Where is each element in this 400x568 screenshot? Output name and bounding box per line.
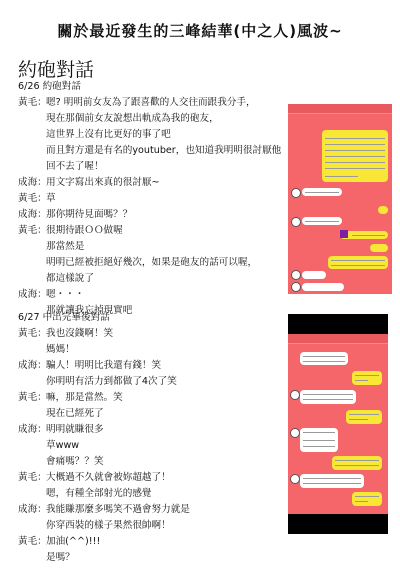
speaker-label: 成海： [18,207,46,223]
sticker-icon [340,230,348,238]
dialog-line: 而且對方還是有名的youtuber，也知道我明明很討厭他 [18,143,281,159]
dialog-line: 嗯，有種全部射光的感覺 [18,486,190,502]
speaker-label: 成海： [18,502,46,518]
speaker-label: 黃毛： [18,470,46,486]
dialog-text: 你明明有活力到都做了4次了笑 [46,376,177,387]
avatar [291,217,301,227]
dialog-line: 都這樣說了 [18,271,281,287]
dialog-text: 用文字寫出來真的很討厭~ [46,177,160,188]
dialog-line: 現在那個前女友說想出軌成為我的砲友， [18,111,281,127]
dialog-lines: 黃毛：我也沒錢啊！笑媽媽！成海：騙人！明明比我還有錢！笑你明明有活力到都做了4次… [18,326,190,566]
chat-bubble-sent [328,256,388,269]
dialog-line: 黃毛：嗯? 明明前女友為了跟喜歡的人交往而跟我分手， [18,95,281,111]
dialog-heading: 6/26 約砲對話 [18,79,281,95]
dialog-line: 成海：我能賺那麼多嗎笑不過會努力就是 [18,502,190,518]
dialog-line: 明明已經被拒絕好幾次，如果是砲友的話可以喔， [18,255,281,271]
dialog-line: 黃毛：大概過不久就會被妳超越了！ [18,470,190,486]
chat-bubble-received [302,271,326,279]
dialog-text: 現在那個前女友說想出軌成為我的砲友， [46,113,219,124]
speaker-label: 黃毛： [18,326,46,342]
avatar [290,390,300,400]
dialog-line: 黃毛：草 [18,191,281,207]
dialog-line: 這世界上沒有比更好的事了吧 [18,127,281,143]
dialog-text: 加油(^^)!!! [46,536,100,547]
page-title: 關於最近發生的三峰結華(中之人)風波~ [0,20,400,41]
dialog-text: 明明就賺很多 [46,424,104,435]
dialog-6-27: 6/27 中出完畢後對話 黃毛：我也沒錢啊！笑媽媽！成海：騙人！明明比我還有錢！… [18,310,190,566]
chat-screenshot-6-27 [288,314,388,514]
dialog-text: 現在已經死了 [46,408,104,419]
avatar [291,188,301,198]
speaker-label: 黃毛： [18,95,46,111]
dialog-text: 嘛，那是當然。笑 [46,392,123,403]
chat-screenshot-6-26 [288,104,392,294]
dialog-line: 草www [18,438,190,454]
speaker-label: 成海： [18,358,46,374]
dialog-line: 成海：騙人！明明比我還有錢！笑 [18,358,190,374]
dialog-text: 我也沒錢啊！笑 [46,328,113,339]
black-bar-top [288,314,388,334]
dialog-line: 你明明有活力到都做了4次了笑 [18,374,190,390]
speaker-label: 成海： [18,175,46,191]
dialog-text: 騙人！明明比我還有錢！笑 [46,360,161,371]
dialog-text: 草 [46,193,56,204]
dialog-text: 那你期待見面嗎？？ [46,209,132,220]
speaker-label: 黃毛： [18,534,46,550]
dialog-line: 回不去了喔！ [18,159,281,175]
avatar [291,270,301,280]
dialog-text: 而且對方還是有名的youtuber，也知道我明明很討厭他 [46,145,281,156]
dialog-line: 黃毛：我也沒錢啊！笑 [18,326,190,342]
dialog-text: 我能賺那麼多嗎笑不過會努力就是 [46,504,190,515]
speaker-label: 成海： [18,287,46,303]
chat-bubble-sent [370,244,388,252]
dialog-text: 嗯? 明明前女友為了跟喜歡的人交往而跟我分手， [46,97,256,108]
speaker-label: 黃毛： [18,223,46,239]
dialog-line: 媽媽！ [18,342,190,358]
speaker-label: 成海： [18,422,46,438]
dialog-line: 會痛嗎？？笑 [18,454,190,470]
dialog-line: 你穿西裝的樣子果然很帥啊！ [18,518,190,534]
dialog-line: 黃毛：嘛，那是當然。笑 [18,390,190,406]
dialog-text: 大概過不久就會被妳超越了！ [46,472,171,483]
speaker-label: 黃毛： [18,191,46,207]
dialog-line: 成海：嗯・・・ [18,287,281,303]
dialog-text: 回不去了喔！ [46,161,104,172]
chat-header-bar [288,334,388,344]
chat-bubble-sent [378,206,388,214]
avatar [290,428,300,438]
dialog-text: 很期待跟ＯＯ做喔 [46,225,123,236]
dialog-6-26: 6/26 約砲對話 黃毛：嗯? 明明前女友為了跟喜歡的人交往而跟我分手，現在那個… [18,79,281,319]
speaker-label: 黃毛： [18,390,46,406]
dialog-line: 黃毛：很期待跟ＯＯ做喔 [18,223,281,239]
chat-bubble-received [300,474,364,488]
dialog-text: 明明已經被拒絕好幾次，如果是砲友的話可以喔， [46,257,257,268]
dialog-text: 是嗎？ [46,552,75,563]
chat-bubble-received [300,352,348,365]
dialog-line: 成海：明明就賺很多 [18,422,190,438]
dialog-line: 那當然是 [18,239,281,255]
chat-bubble-sent [352,492,382,506]
avatar [290,474,300,484]
dialog-text: 草www [46,440,79,451]
dialog-line: 成海：那你期待見面嗎？？ [18,207,281,223]
chat-bubble-sent [322,130,388,182]
chat-bubble-received [302,217,342,225]
dialog-text: 嗯，有種全部射光的感覺 [46,488,152,499]
black-bar-bottom [288,514,388,534]
dialog-line: 是嗎？ [18,550,190,566]
chat-bubble-received [300,390,356,404]
dialog-text: 都這樣說了 [46,273,94,284]
dialog-text: 媽媽！ [46,344,75,355]
chat-bubble-sent [346,410,382,424]
dialog-line: 成海：用文字寫出來真的很討厭~ [18,175,281,191]
dialog-lines: 黃毛：嗯? 明明前女友為了跟喜歡的人交往而跟我分手，現在那個前女友說想出軌成為我… [18,95,281,319]
dialog-text: 那當然是 [46,241,84,252]
dialog-heading: 6/27 中出完畢後對話 [18,310,190,326]
dialog-line: 現在已經死了 [18,406,190,422]
dialog-text: 你穿西裝的樣子果然很帥啊！ [46,520,171,531]
chat-bubble-sent [352,371,382,385]
chat-bubble-received [302,283,344,291]
chat-bubble-sent [332,456,382,470]
chat-bubble-received [302,188,342,196]
dialog-line: 黃毛：加油(^^)!!! [18,534,190,550]
section-title: 約砲對話 [18,55,94,82]
chat-header-bar [288,104,392,114]
dialog-text: 嗯・・・ [46,289,84,300]
dialog-text: 這世界上沒有比更好的事了吧 [46,129,171,140]
dialog-text: 會痛嗎？？笑 [46,456,104,467]
avatar [291,282,301,292]
chat-bubble-received [300,428,338,452]
